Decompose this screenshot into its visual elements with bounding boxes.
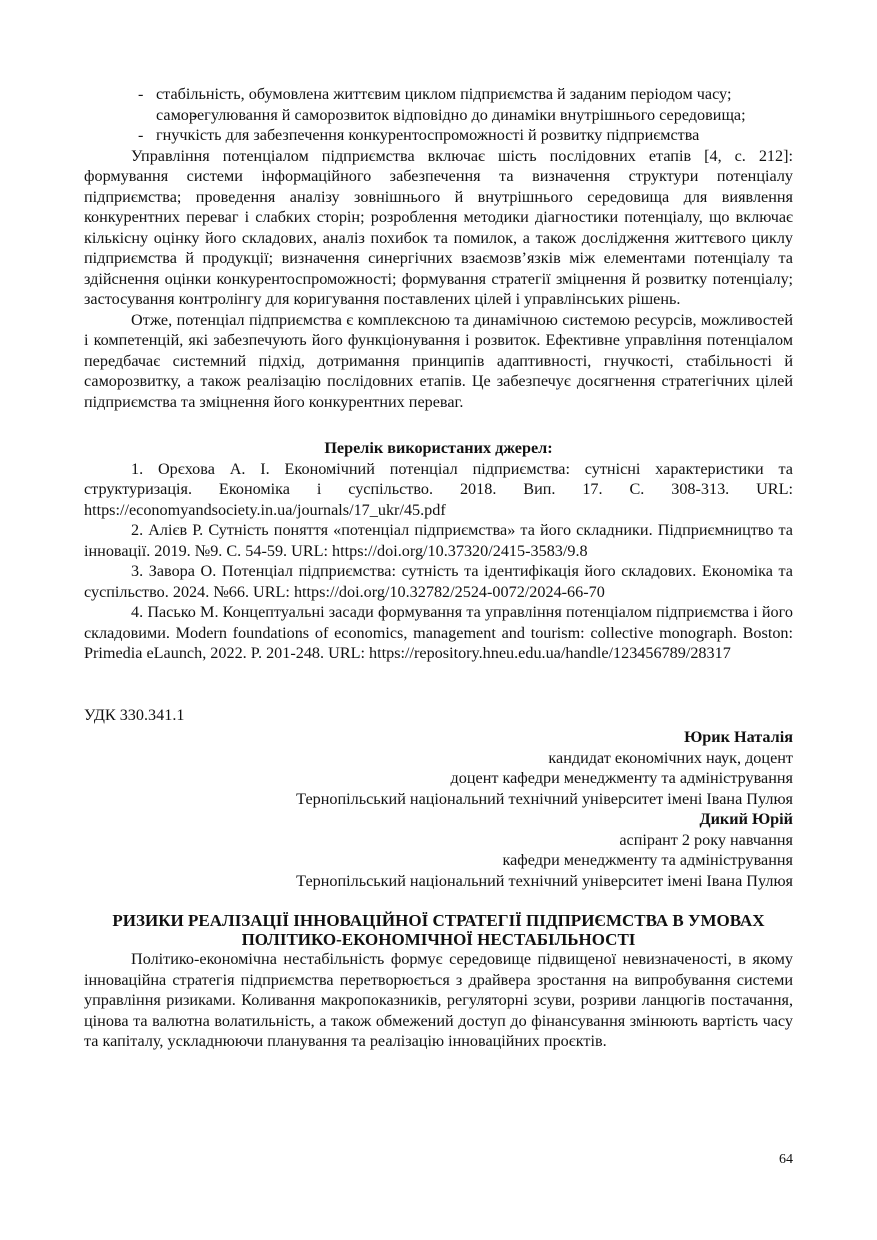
page-number: 64 — [779, 1152, 793, 1168]
author-position: доцент кафедри менеджменту та адміністру… — [84, 768, 793, 789]
author-name: Дикий Юрій — [84, 809, 793, 830]
author-name: Юрик Наталія — [84, 727, 793, 748]
body-paragraph: Політико-економічна нестабільність форму… — [84, 949, 793, 1052]
author-position: кафедри менеджменту та адміністрування — [84, 850, 793, 871]
author-degree: кандидат економічних наук, доцент — [84, 748, 793, 769]
author-block: Юрик Наталія кандидат економічних наук, … — [84, 727, 793, 891]
dash-marker: - — [138, 105, 156, 126]
bullet-item: -гнучкість для забезпечення конкурентосп… — [84, 125, 793, 146]
body-paragraph: Управління потенціалом підприємства вклю… — [84, 146, 793, 310]
article-title: РИЗИКИ РЕАЛІЗАЦІЇ ІННОВАЦІЙНОЇ СТРАТЕГІЇ… — [84, 911, 793, 949]
body-paragraph: Отже, потенціал підприємства є комплексн… — [84, 310, 793, 413]
author-affiliation: Тернопільський національний технічний ун… — [84, 871, 793, 892]
dash-marker: - — [138, 84, 156, 105]
udk-code: УДК 330.341.1 — [84, 705, 793, 726]
author-degree: аспірант 2 року навчання — [84, 830, 793, 851]
reference-item: 4. Пасько М. Концептуальні засади формув… — [84, 602, 793, 664]
reference-item: 3. Завора О. Потенціал підприємства: сут… — [84, 561, 793, 602]
references-heading: Перелік використаних джерел: — [84, 438, 793, 459]
dash-marker: - — [138, 125, 156, 146]
bullet-item: - саморегулювання й саморозвиток відпові… — [84, 105, 793, 126]
document-page: -стабільність, обумовлена життєвим цикло… — [84, 84, 793, 1052]
author-affiliation: Тернопільський національний технічний ун… — [84, 789, 793, 810]
bullet-item: -стабільність, обумовлена життєвим цикло… — [84, 84, 793, 105]
reference-item: 1. Орєхова А. І. Економічний потенціал п… — [84, 459, 793, 521]
reference-item: 2. Алієв Р. Сутність поняття «потенціал … — [84, 520, 793, 561]
